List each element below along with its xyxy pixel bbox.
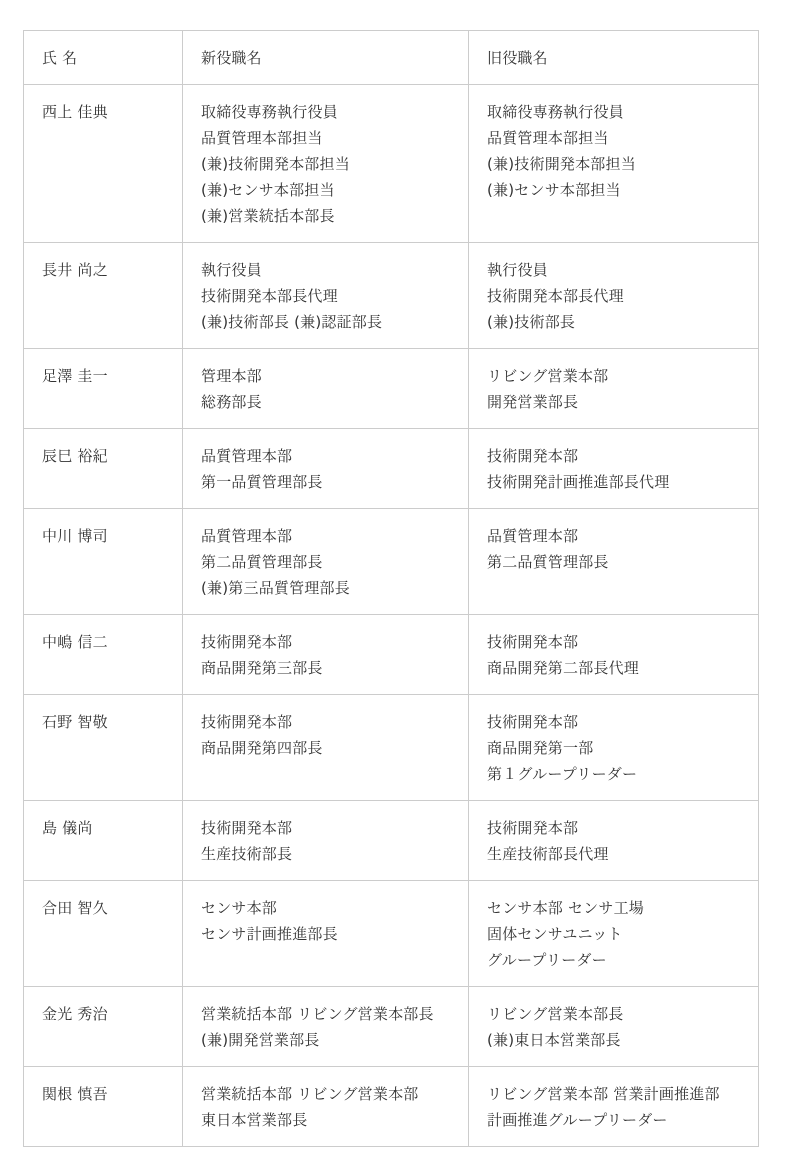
personnel-change-table: 氏 名 新役職名 旧役職名 西上 佳典 取締役専務執行役員 品質管理本部担当 (… <box>23 30 759 1147</box>
cell-name: 合田 智久 <box>24 881 183 987</box>
cell-old-position: 技術開発本部 生産技術部長代理 <box>469 801 759 881</box>
table-row: 中川 博司 品質管理本部 第二品質管理部長 (兼)第三品質管理部長 品質管理本部… <box>24 509 759 615</box>
cell-old-position: 執行役員 技術開発本部長代理 (兼)技術部長 <box>469 243 759 349</box>
cell-name: 中川 博司 <box>24 509 183 615</box>
cell-old-position: 取締役専務執行役員 品質管理本部担当 (兼)技術開発本部担当 (兼)センサ本部担… <box>469 85 759 243</box>
cell-new-position: 技術開発本部 商品開発第三部長 <box>183 615 469 695</box>
cell-old-position: リビング営業本部 営業計画推進部 計画推進グループリーダー <box>469 1067 759 1147</box>
cell-name: 関根 慎吾 <box>24 1067 183 1147</box>
cell-old-position: リビング営業本部長 (兼)東日本営業部長 <box>469 987 759 1067</box>
header-row: 氏 名 新役職名 旧役職名 <box>24 31 759 85</box>
cell-name: 西上 佳典 <box>24 85 183 243</box>
cell-old-position: 技術開発本部 商品開発第一部 第１グループリーダー <box>469 695 759 801</box>
cell-name: 金光 秀治 <box>24 987 183 1067</box>
col-header-new-position: 新役職名 <box>183 31 469 85</box>
cell-name: 中嶋 信二 <box>24 615 183 695</box>
table-row: 中嶋 信二 技術開発本部 商品開発第三部長 技術開発本部 商品開発第二部長代理 <box>24 615 759 695</box>
cell-name: 石野 智敬 <box>24 695 183 801</box>
cell-new-position: 品質管理本部 第一品質管理部長 <box>183 429 469 509</box>
table-row: 足澤 圭一 管理本部 総務部長 リビング営業本部 開発営業部長 <box>24 349 759 429</box>
cell-new-position: 取締役専務執行役員 品質管理本部担当 (兼)技術開発本部担当 (兼)センサ本部担… <box>183 85 469 243</box>
cell-name: 足澤 圭一 <box>24 349 183 429</box>
cell-name: 辰巳 裕紀 <box>24 429 183 509</box>
cell-old-position: センサ本部 センサ工場 固体センサユニット グループリーダー <box>469 881 759 987</box>
cell-new-position: 営業統括本部 リビング営業本部 東日本営業部長 <box>183 1067 469 1147</box>
cell-old-position: リビング営業本部 開発営業部長 <box>469 349 759 429</box>
table-row: 関根 慎吾 営業統括本部 リビング営業本部 東日本営業部長 リビング営業本部 営… <box>24 1067 759 1147</box>
cell-new-position: センサ本部 センサ計画推進部長 <box>183 881 469 987</box>
cell-new-position: 技術開発本部 生産技術部長 <box>183 801 469 881</box>
table-row: 石野 智敬 技術開発本部 商品開発第四部長 技術開発本部 商品開発第一部 第１グ… <box>24 695 759 801</box>
cell-name: 長井 尚之 <box>24 243 183 349</box>
cell-old-position: 技術開発本部 商品開発第二部長代理 <box>469 615 759 695</box>
cell-old-position: 品質管理本部 第二品質管理部長 <box>469 509 759 615</box>
table-row: 辰巳 裕紀 品質管理本部 第一品質管理部長 技術開発本部 技術開発計画推進部長代… <box>24 429 759 509</box>
col-header-old-position: 旧役職名 <box>469 31 759 85</box>
page: 氏 名 新役職名 旧役職名 西上 佳典 取締役専務執行役員 品質管理本部担当 (… <box>0 0 800 1159</box>
cell-old-position: 技術開発本部 技術開発計画推進部長代理 <box>469 429 759 509</box>
table-row: 金光 秀治 営業統括本部 リビング営業本部長 (兼)開発営業部長 リビング営業本… <box>24 987 759 1067</box>
col-header-name: 氏 名 <box>24 31 183 85</box>
cell-new-position: 品質管理本部 第二品質管理部長 (兼)第三品質管理部長 <box>183 509 469 615</box>
cell-new-position: 技術開発本部 商品開発第四部長 <box>183 695 469 801</box>
cell-new-position: 執行役員 技術開発本部長代理 (兼)技術部長 (兼)認証部長 <box>183 243 469 349</box>
cell-new-position: 営業統括本部 リビング営業本部長 (兼)開発営業部長 <box>183 987 469 1067</box>
cell-name: 島 儀尚 <box>24 801 183 881</box>
table-row: 西上 佳典 取締役専務執行役員 品質管理本部担当 (兼)技術開発本部担当 (兼)… <box>24 85 759 243</box>
cell-new-position: 管理本部 総務部長 <box>183 349 469 429</box>
table-row: 合田 智久 センサ本部 センサ計画推進部長 センサ本部 センサ工場 固体センサユ… <box>24 881 759 987</box>
table-row: 長井 尚之 執行役員 技術開発本部長代理 (兼)技術部長 (兼)認証部長 執行役… <box>24 243 759 349</box>
table-row: 島 儀尚 技術開発本部 生産技術部長 技術開発本部 生産技術部長代理 <box>24 801 759 881</box>
